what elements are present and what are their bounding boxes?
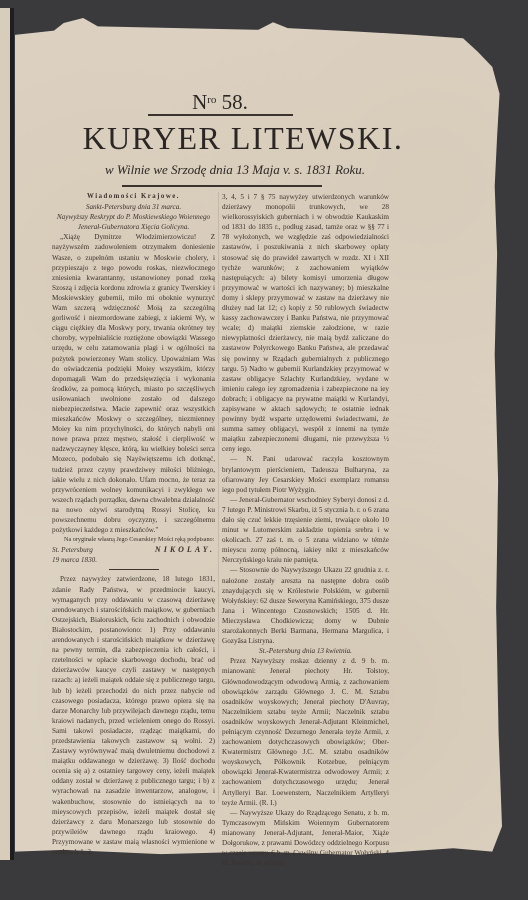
council-decision: Przez naywyżey zatwierdzone, 18 lutego 1… (52, 574, 215, 857)
section-heading: Wiadomości Krajowe. (52, 192, 215, 202)
section-rule (109, 569, 159, 570)
dateline-petersburg: Sankt-Petersburg dnia 31 marca. (52, 202, 215, 212)
column-divider (218, 192, 219, 802)
signature-note: Na oryginale własną Jego Cesarskiey Mośc… (64, 536, 214, 543)
dateline-petersburg-april: St.-Petersburg dnia 13 kwietnia. (222, 646, 389, 656)
issue-number-value: 58. (222, 90, 248, 114)
ukaz-article: — Naywyższe Ukazy do Rządzącego Senatu, … (222, 808, 389, 869)
appointments-article: Przez Naywyższy roskaz dzienny z d. 9 b.… (222, 656, 389, 807)
signature-block: Na oryginale własną Jego Cesarskiey Mośc… (52, 535, 215, 545)
issue-label: N (192, 90, 207, 114)
masthead-rule-top (148, 114, 293, 116)
arrest-notice: — Stosownie do Naywyższego Ukazu 22 grud… (222, 565, 389, 646)
place-line-2: 19 marca 1830. (52, 555, 215, 565)
adjacent-page-edge (0, 8, 14, 860)
issue-dateline: w Wilnie we Srzodę dnia 13 Maja v. s. 18… (40, 162, 430, 178)
right-column: 3, 4, 5 i 7 § 75 naywyżey utwierdzonych … (222, 192, 389, 868)
continued-article: 3, 4, 5 i 7 § 75 naywyżey utwierdzonych … (222, 192, 389, 454)
signature: NIKOLAY. (143, 545, 215, 555)
newspaper-title: KURYER LITEWSKI. (48, 120, 438, 157)
earthquake-report: — Jenerał-Gubernator wschodniey Syberyi … (222, 495, 389, 566)
masthead-rule-bottom (122, 185, 322, 187)
rescript-body: „Xiążę Dymitrze Włodzimierzowiczu! Z nay… (52, 232, 215, 535)
paper-stain (258, 770, 270, 780)
issue-number: Nro 58. (0, 90, 440, 115)
rescript-title: Naywyższy Reskrypt do P. Moskiewskiego W… (52, 212, 215, 232)
left-column: Wiadomości Krajowe. Sankt-Petersburg dni… (52, 192, 215, 857)
issue-sup: ro (207, 94, 216, 106)
ring-gift-notice: — N. Pani udarować raczyła kosztownym br… (222, 454, 389, 494)
